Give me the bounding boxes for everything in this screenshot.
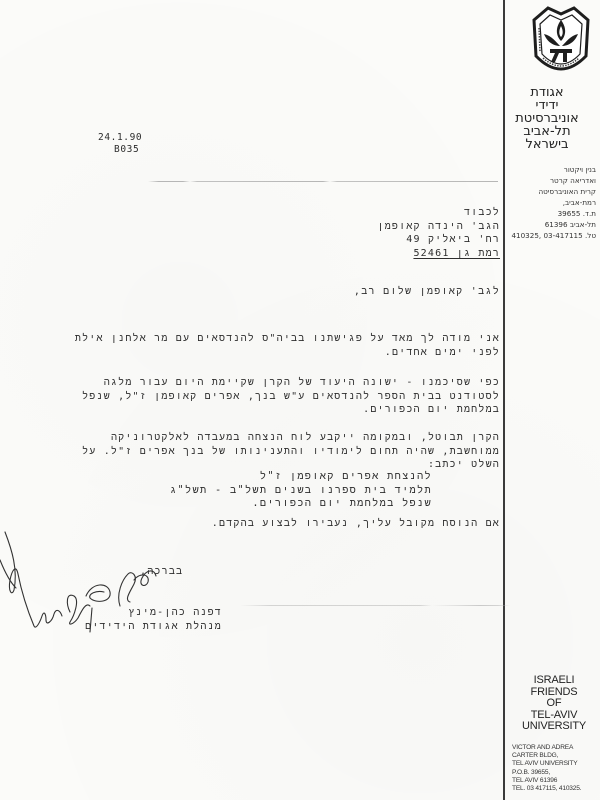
address-hebrew: בנין ויקטור ואדריאה קרטר קרית האוניברסיט… [508, 164, 596, 241]
university-emblem-icon [530, 6, 592, 80]
letter-page: אגודת ידידי אוניברסיטת תל-אביב בישראל בנ… [0, 0, 600, 800]
letter-reference: B035 [98, 144, 142, 156]
recipient-address: לכבוד הגב' הינדה קאופמן רח' ביאליק 49 רמ… [378, 206, 500, 260]
org-name-hebrew: אגודת ידידי אוניברסיטת תל-אביב בישראל [502, 86, 592, 151]
paragraph-1: אני מודה לך מאד על פגישתנו בביה"ס להנדסא… [75, 332, 500, 359]
paragraph-2: כפי שסיכמנו - ישונה היעוד של הקרן שקיימת… [82, 376, 500, 417]
letter-date: 24.1.90 [98, 132, 142, 144]
paper-fold-line [148, 181, 498, 182]
signer-name: דפנה כהן-מינץ [85, 606, 222, 620]
salutation: לגב' קאופמן שלום רב, [354, 286, 500, 298]
closing: בברכה, [140, 566, 183, 578]
org-name-english: ISRAELI FRIENDS OF TEL-AVIV UNIVERSITY [508, 675, 600, 733]
date-reference-block: 24.1.90 B035 [98, 132, 142, 156]
signer-block: דפנה כהן-מינץ מנהלת אגודת הידידים [85, 606, 222, 634]
signer-title: מנהלת אגודת הידידים [85, 620, 222, 634]
final-paragraph: אם הנוסח מקובל עליך, נעבירו לבצוע בהקדם. [212, 517, 500, 531]
memorial-inscription: להנצחת אפרים קאופמן ז"ל תלמיד בית ספרנו … [170, 470, 432, 511]
paragraph-3: הקרן תבוטל, ובמקומה ייקבע לוח הנצחה במעב… [82, 431, 500, 472]
address-english: VICTOR AND ADREA CARTER BLDG, TEL AVIV U… [512, 744, 600, 793]
